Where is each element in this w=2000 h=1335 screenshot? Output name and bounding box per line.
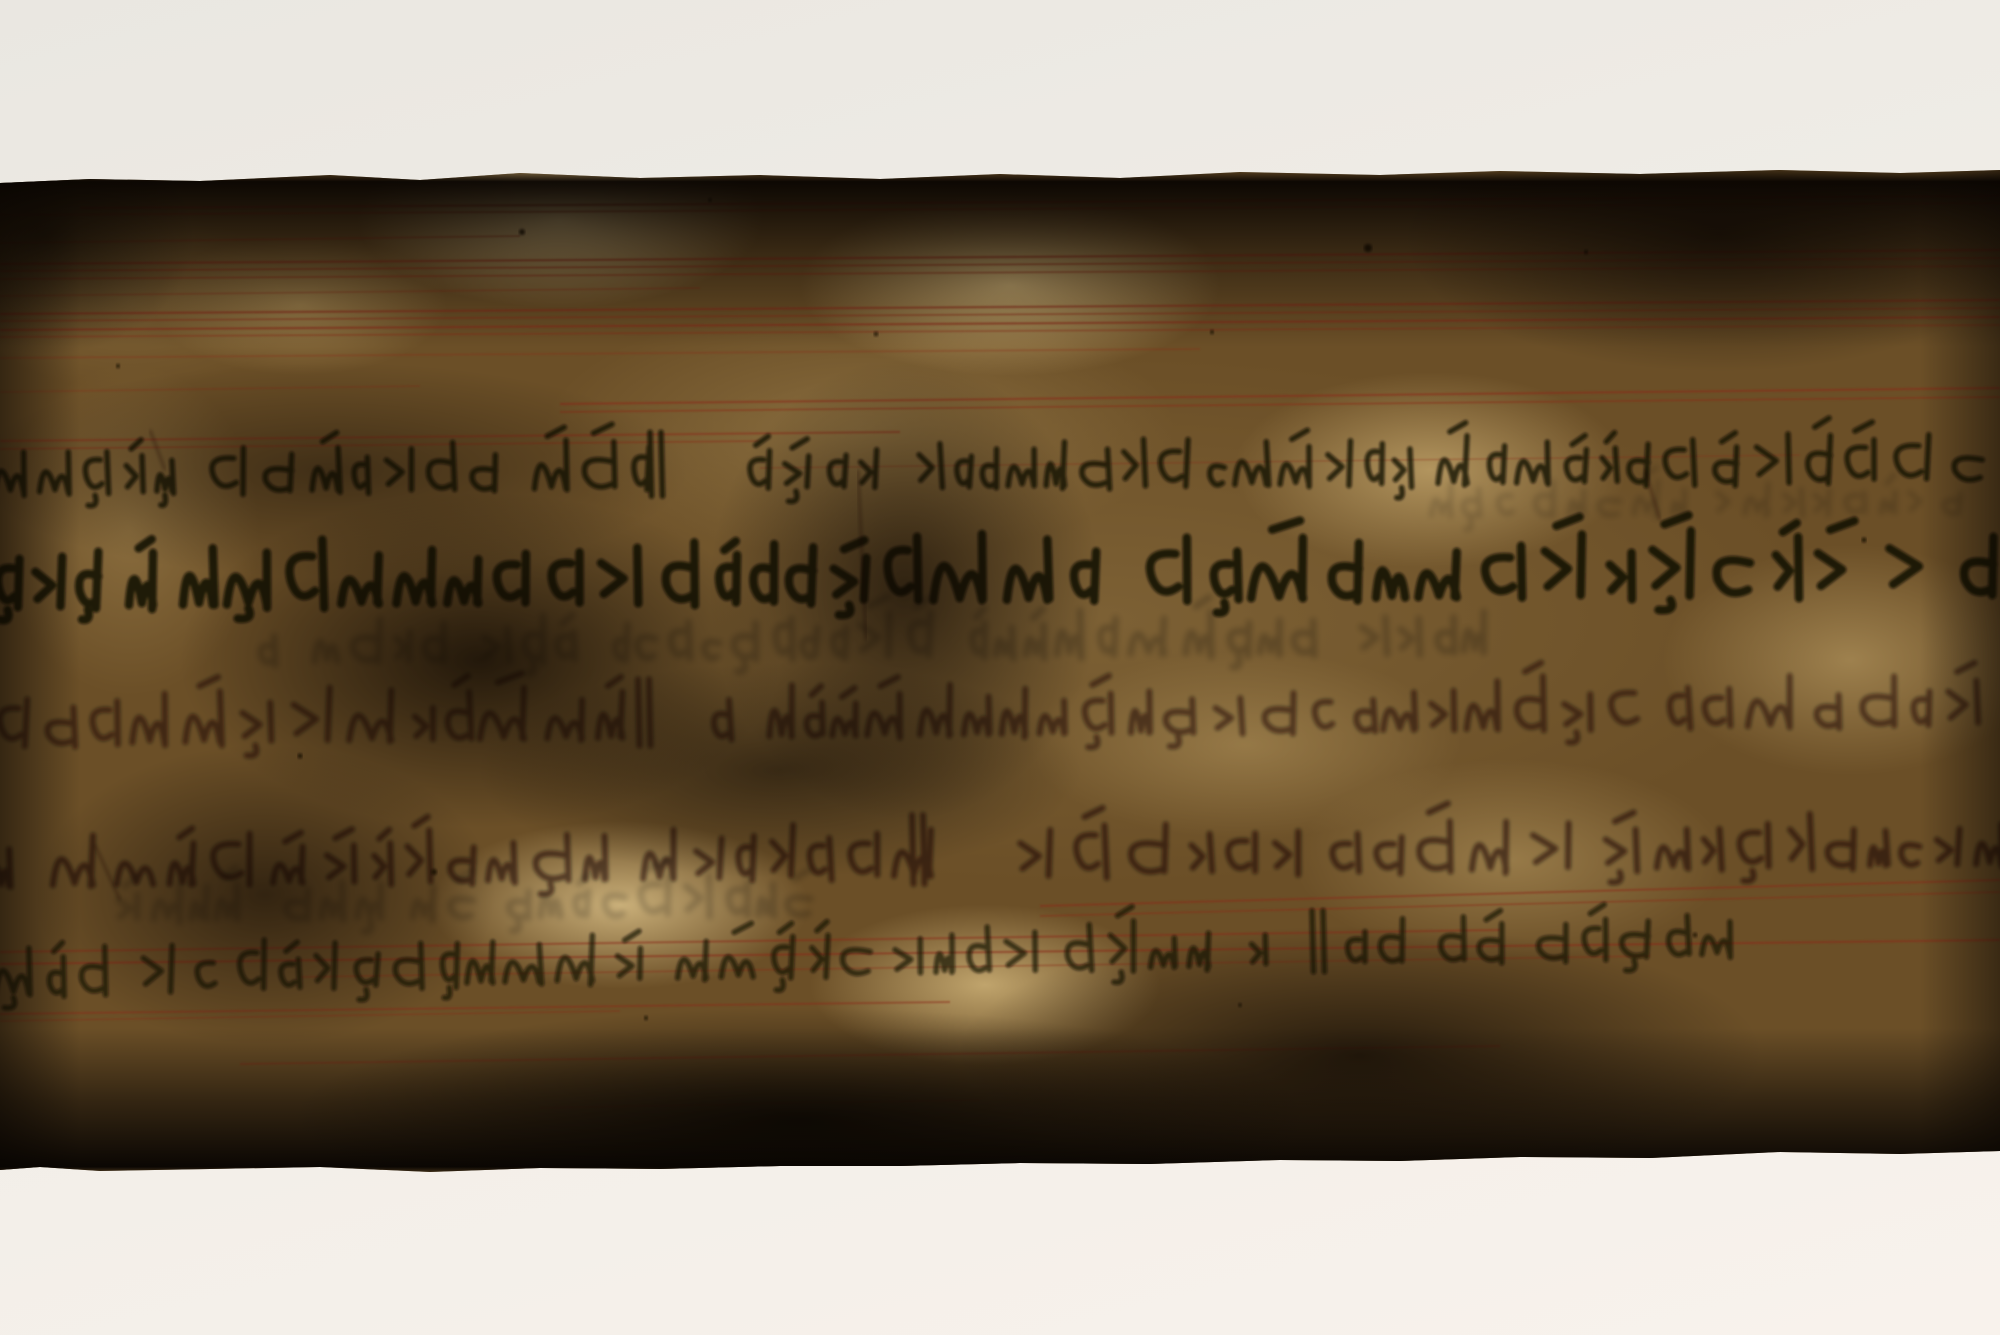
manuscript-leaf	[0, 0, 2000, 1335]
leaf-shading-vignette	[0, 0, 2000, 1335]
photo-backdrop	[0, 0, 2000, 1335]
